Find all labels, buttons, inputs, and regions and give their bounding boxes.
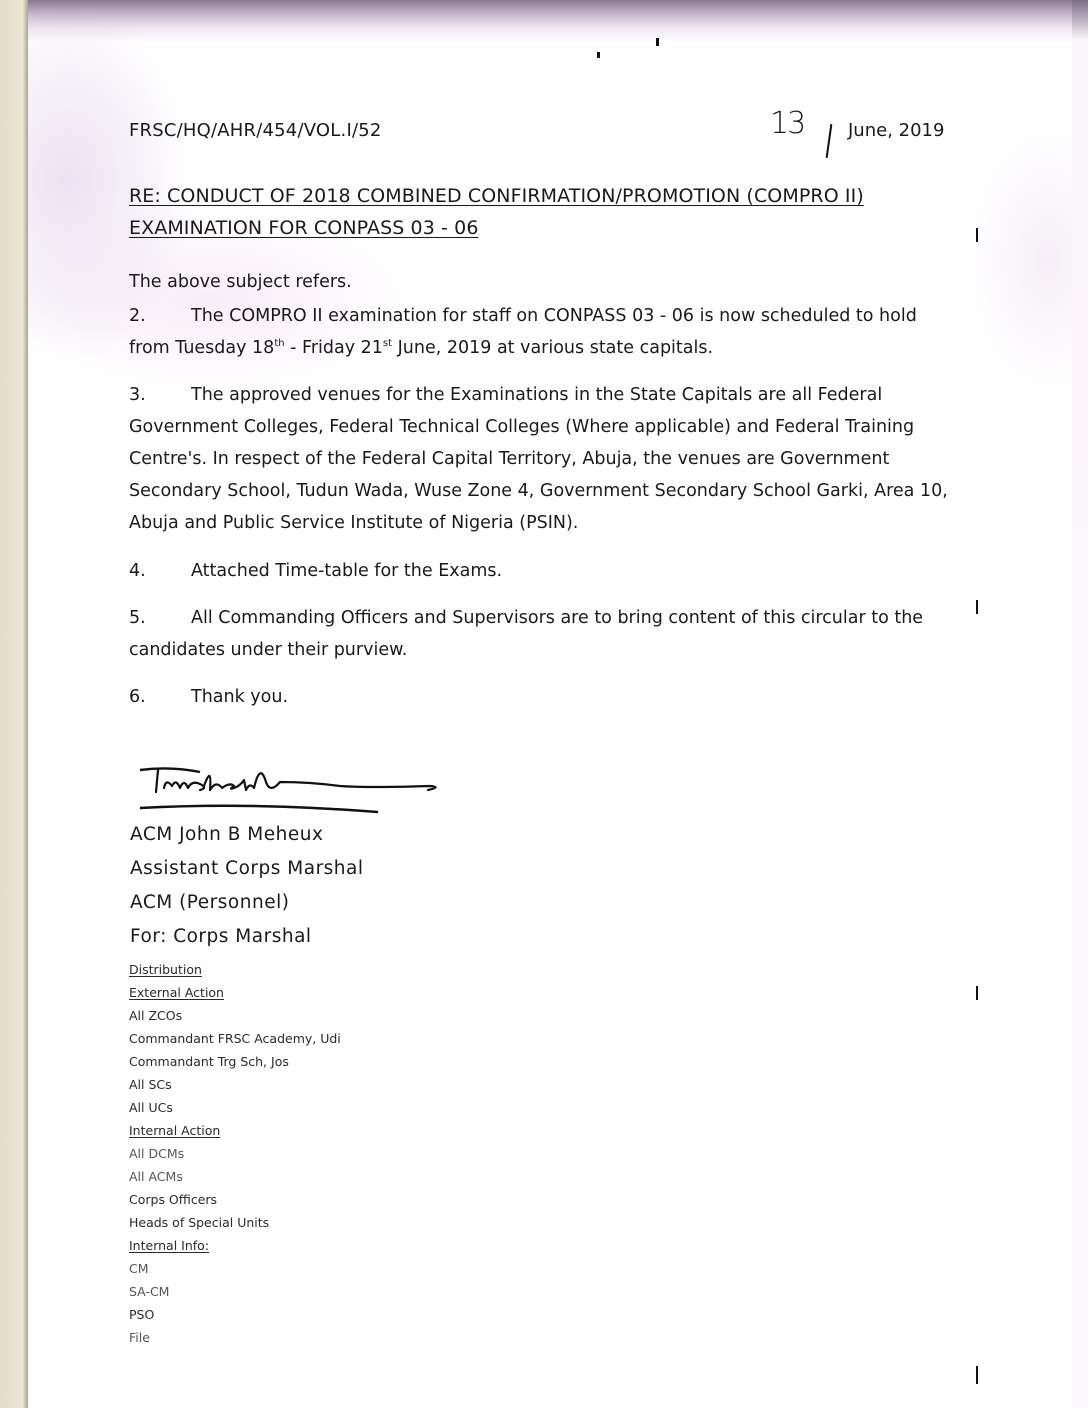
internal-action-heading: Internal Action <box>129 1119 341 1142</box>
paragraph-2: 2.The COMPRO II examination for staff on… <box>129 300 949 364</box>
signatory-title: Assistant Corps Marshal <box>130 852 364 886</box>
letter-date: June, 2019 <box>848 120 944 141</box>
scan-margin <box>1072 0 1088 1408</box>
scan-speck <box>656 38 659 46</box>
signature-icon <box>130 752 450 822</box>
list-item: All ACMs <box>129 1165 341 1188</box>
paragraph-number: 5. <box>129 602 191 634</box>
list-item: SA-CM <box>129 1280 341 1303</box>
paragraph-number: 2. <box>129 300 191 332</box>
list-item: Heads of Special Units <box>129 1211 341 1234</box>
list-item: Corps Officers <box>129 1188 341 1211</box>
paragraph-3: 3.The approved venues for the Examinatio… <box>129 379 949 539</box>
signatory-block: ACM John B Meheux Assistant Corps Marsha… <box>130 818 364 954</box>
paragraph-6: 6.Thank you. <box>129 681 949 713</box>
handwritten-day: 13 <box>770 106 804 141</box>
list-item: All ZCOs <box>129 1004 341 1027</box>
signatory-for: For: Corps Marshal <box>130 920 364 954</box>
paragraph-4: 4.Attached Time-table for the Exams. <box>129 555 949 587</box>
list-item: CM <box>129 1257 341 1280</box>
distribution-heading: Distribution <box>129 958 341 981</box>
list-item: PSO <box>129 1303 341 1326</box>
scan-speck <box>976 600 978 614</box>
reference-number: FRSC/HQ/AHR/454/VOL.I/52 <box>129 120 382 141</box>
scan-speck <box>976 228 978 242</box>
opening-line: The above subject refers. <box>129 266 949 298</box>
list-item: Commandant FRSC Academy, Udi <box>129 1027 341 1050</box>
list-item: All SCs <box>129 1073 341 1096</box>
distribution-list: Distribution External Action All ZCOs Co… <box>129 958 341 1349</box>
paragraph-number: 6. <box>129 681 191 713</box>
scan-speck <box>597 52 600 58</box>
subject-heading: RE: CONDUCT OF 2018 COMBINED CONFIRMATIO… <box>129 180 959 244</box>
paragraph-5: 5.All Commanding Officers and Supervisor… <box>129 602 949 666</box>
list-item: All UCs <box>129 1096 341 1119</box>
internal-info-heading: Internal Info: <box>129 1234 341 1257</box>
scan-speck <box>976 986 978 1000</box>
list-item: Commandant Trg Sch, Jos <box>129 1050 341 1073</box>
list-item: All DCMs <box>129 1142 341 1165</box>
signatory-name: ACM John B Meheux <box>130 818 364 852</box>
scan-speck <box>976 1366 978 1384</box>
list-item: File <box>129 1326 341 1349</box>
external-action-heading: External Action <box>129 981 341 1004</box>
paragraph-number: 3. <box>129 379 191 411</box>
signatory-office: ACM (Personnel) <box>130 886 364 920</box>
paragraph-number: 4. <box>129 555 191 587</box>
scan-edge <box>0 0 28 1408</box>
